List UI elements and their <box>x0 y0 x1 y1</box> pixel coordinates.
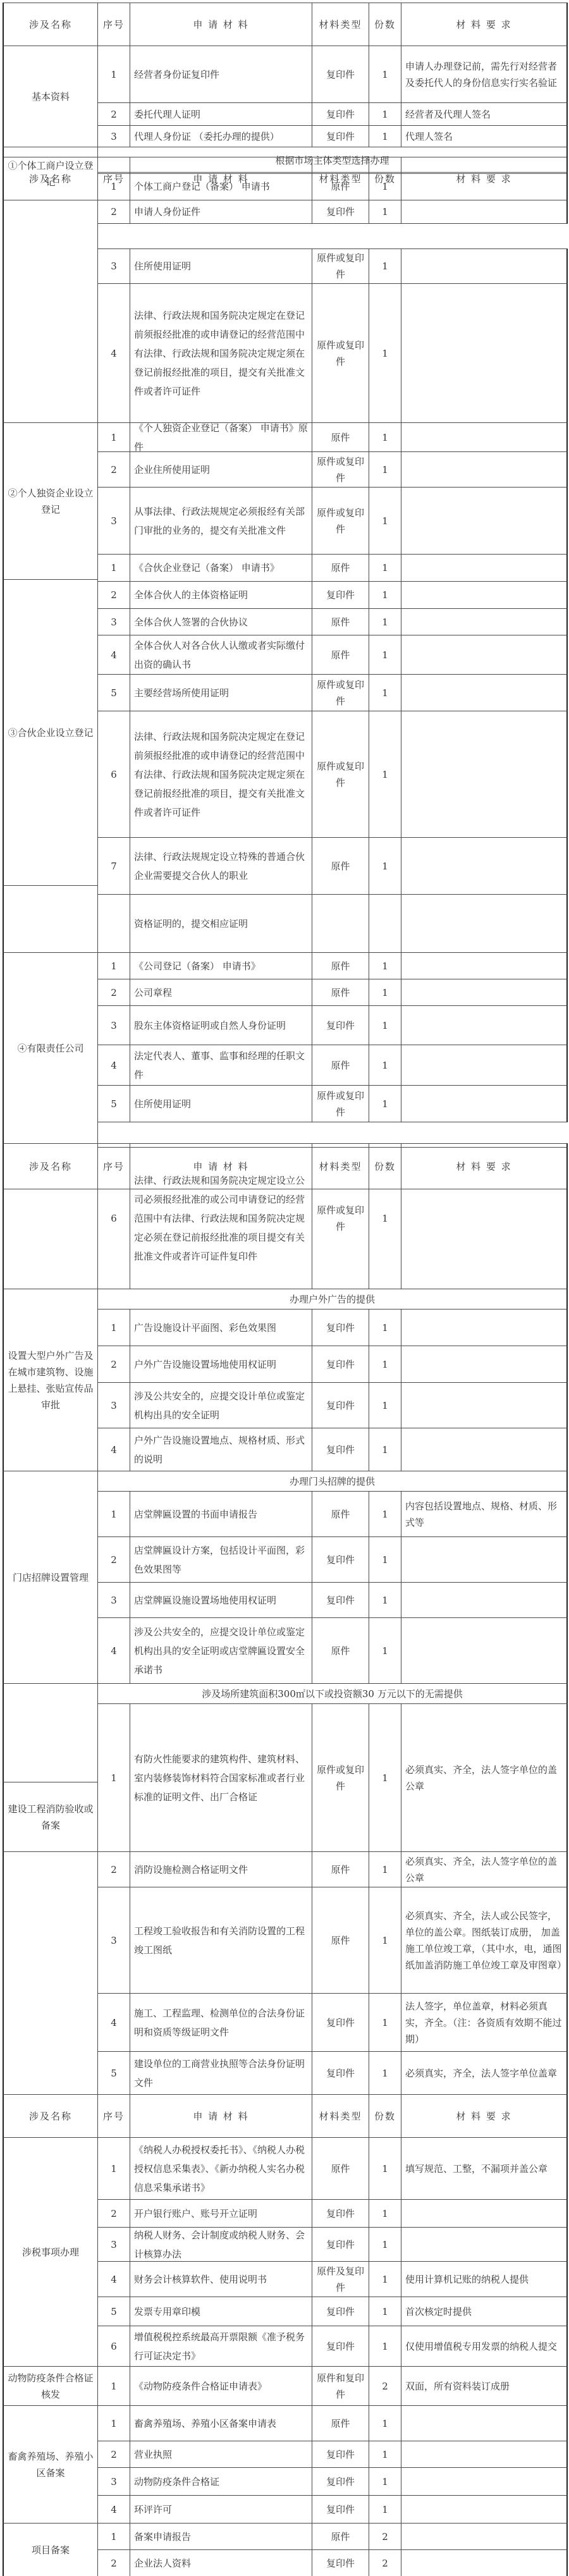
row-material-type-text: 原件 <box>316 2529 365 2545</box>
row-seq-text: 3 <box>102 614 126 630</box>
row-seq: 3 <box>97 2467 130 2496</box>
row-material-type: 原件和复印件 <box>312 2366 369 2406</box>
row-copies-text: 1 <box>373 1770 397 1786</box>
row-material: 资格证明的，提交相应证明 <box>130 894 312 953</box>
row-material: 开户银行账户、账号开立证明 <box>130 2199 312 2228</box>
row-material-type: 复印件 <box>312 2199 369 2228</box>
row-copies: 1 <box>369 2297 401 2326</box>
section-name-continued <box>3 1683 98 1782</box>
section-name: ③合伙企业设立登记 <box>3 579 98 886</box>
row-material-type: 原件 <box>312 837 369 895</box>
row-material-type-text: 原件 <box>316 858 365 874</box>
row-material: 店堂牌匾设施设置场地使用权证明 <box>130 1582 312 1618</box>
row-seq-text: 2 <box>102 587 126 603</box>
section-name: 建设工程消防验收或备案 <box>3 1782 98 1852</box>
column-header-seq: 序号 <box>97 3 130 46</box>
row-seq-text: 1 <box>102 2378 126 2395</box>
row-material-text: 店堂牌匾设计方案，包括设计平面图，彩色效果图等 <box>134 1541 308 1579</box>
row-material: 法律、行政法规和国务院决定规定在登记前须报经批准的或申请登记的经营范围中有法律、… <box>130 711 312 838</box>
row-copies: 1 <box>369 1045 401 1086</box>
row-requirement <box>401 1346 568 1383</box>
row-seq: 6 <box>97 711 130 838</box>
row-copies: 1 <box>369 487 401 555</box>
row-material-text: 法律、行政法规和国务院决定规定设立公司必须报经批准的或公司申请登记的经营范围中有… <box>134 1171 308 1266</box>
row-material-text: 建设单位的工商营业执照等合法身份证明文件 <box>134 2054 308 2092</box>
column-header-seq-text: 序号 <box>102 16 126 33</box>
row-requirement: 法人签字，单位盖章，材料必须真实，齐全。（注：各资质有效期不能过期） <box>401 1993 568 2052</box>
row-copies: 1 <box>369 1147 401 1289</box>
column-header-name-text: 涉及名称 <box>8 16 94 33</box>
row-requirement: 内容包括设置地点、规格、材质、形式等 <box>401 1491 568 1537</box>
row-material-type-text: 复印件 <box>316 2303 365 2320</box>
row-copies-text: 1 <box>373 2161 397 2177</box>
row-seq-text: 7 <box>102 858 126 874</box>
row-copies: 1 <box>369 635 401 675</box>
row-material-type: 复印件 <box>312 581 369 609</box>
row-seq-text: 4 <box>102 2015 126 2031</box>
column-header-material: 申 请 材 料 <box>130 3 312 46</box>
row-material: 代理人身份证 （委托办理的提供） <box>130 125 312 147</box>
row-seq: 1 <box>97 1309 130 1346</box>
column-header-type: 材料类型 <box>312 2094 369 2138</box>
row-requirement: 申请人办理登记前，需先行对经营者及委托代人的身份信息实行实名验证 <box>401 46 568 103</box>
column-header-name-text: 涉及名称 <box>8 1158 94 1175</box>
row-seq-text: 2 <box>102 2555 126 2572</box>
row-copies-text: 1 <box>373 2236 397 2253</box>
row-material-text: 企业住所使用证明 <box>134 460 308 479</box>
row-seq-text: 1 <box>102 66 126 83</box>
row-seq-text: 6 <box>102 766 126 783</box>
row-copies: 1 <box>369 46 401 103</box>
section-name: 动物防疫条件合格证核发 <box>3 2366 98 2406</box>
row-material-type: 复印件 <box>312 1582 369 1618</box>
row-material-type: 原件 <box>312 2405 369 2441</box>
row-material-text: 《公司登记（备案） 申请书》 <box>134 957 308 976</box>
section-name-text: 门店招牌设置管理 <box>8 1569 94 1586</box>
row-requirement: 必须真实、齐全，法人签字单位的盖公章 <box>401 1703 568 1852</box>
row-requirement <box>401 1582 568 1618</box>
row-material-type: 原件 <box>312 635 369 675</box>
row-material: 涉及公共安全的，应提交设计单位或鉴定机构出具的安全证明或店堂牌匾设置安全承诺书 <box>130 1617 312 1684</box>
row-requirement <box>401 554 568 582</box>
row-material-type-text: 原件及复印件 <box>316 2263 365 2296</box>
row-copies: 1 <box>369 608 401 635</box>
row-copies-text: 1 <box>373 1506 397 1523</box>
row-material-text: 主要经营场所使用证明 <box>134 684 308 702</box>
row-material-type: 原件或复印件 <box>312 1703 369 1852</box>
column-header-copies: 份数 <box>369 3 401 46</box>
row-copies-text: 1 <box>373 1552 397 1568</box>
row-material-type: 复印件 <box>312 2441 369 2468</box>
row-material-type-text: 原件 <box>316 958 365 974</box>
row-material-type: 原件 <box>312 952 369 979</box>
row-material-type: 复印件 <box>312 1382 369 1428</box>
row-requirement <box>401 1045 568 1086</box>
row-seq-text: 4 <box>102 1442 126 1458</box>
row-copies: 1 <box>369 1703 401 1852</box>
row-seq-text: 2 <box>102 106 126 123</box>
section-name: 畜禽养殖场、养殖小区备案 <box>3 2405 98 2524</box>
row-material-type-text: 复印件 <box>316 128 365 145</box>
row-material: 涉及公共安全的，应提交设计单位或鉴定机构出具的安全证明 <box>130 1382 312 1428</box>
row-requirement <box>401 1085 568 1122</box>
row-requirement-text: 仅使用增值税专用发票的纳税人提交 <box>405 2338 563 2355</box>
row-copies: 1 <box>369 125 401 147</box>
row-seq: 2 <box>97 1851 130 1887</box>
row-material-text: 增值税税控系统最高开票限额《准予税务行可证决定书》 <box>134 2328 308 2365</box>
row-copies: 1 <box>369 581 401 609</box>
row-seq: 2 <box>97 200 130 224</box>
column-header-name: 涉及名称 <box>3 1143 98 1189</box>
row-copies: 1 <box>369 200 401 224</box>
row-copies-text: 1 <box>373 1210 397 1227</box>
row-material: 法律、行政法规和国务院决定规定设立公司必须报经批准的或公司申请登记的经营范围中有… <box>130 1147 312 1289</box>
row-seq: 3 <box>97 1582 130 1618</box>
row-seq: 1 <box>97 46 130 103</box>
row-requirement <box>401 2549 568 2576</box>
row-material-text: 法律、行政法规和国务院决定规定在登记前须报经批准的或申请登记的经营范围中有法律、… <box>134 727 308 822</box>
row-copies: 1 <box>369 1993 401 2052</box>
row-seq-text: 5 <box>102 2065 126 2082</box>
section-note: 根据市场主体类型选择办理 <box>97 147 568 174</box>
row-material-type: 原件或复印件 <box>312 487 369 555</box>
row-copies: 1 <box>369 2227 401 2262</box>
row-copies: 1 <box>369 837 401 895</box>
row-seq: 1 <box>97 2137 130 2200</box>
row-copies: 1 <box>369 1428 401 1471</box>
row-seq: 2 <box>97 2441 130 2468</box>
row-material-type <box>312 894 369 953</box>
row-material-text: 户外广告设施设置地点、规格材质、形式的说明 <box>134 1431 308 1469</box>
row-requirement <box>401 1309 568 1346</box>
row-material-text: 《动物防疫条件合格证申请表》 <box>134 2377 308 2396</box>
row-material-type-text: 原件和复印件 <box>316 2370 365 2403</box>
row-copies: 1 <box>369 2405 401 2441</box>
row-seq-text: 4 <box>102 1643 126 1659</box>
row-material: 《合伙企业登记（备案） 申请书》 <box>130 554 312 582</box>
section-note-text: 根据市场主体类型选择办理 <box>102 152 563 169</box>
row-material-text: 公司章程 <box>134 983 308 1002</box>
row-requirement <box>401 248 568 284</box>
row-material: 《纳税人办税授权委托书》、《纳税人办税授权信息采集表》、《新办纳税人实名办税信息… <box>130 2137 312 2200</box>
row-material: 企业住所使用证明 <box>130 451 312 488</box>
row-copies-text: 1 <box>373 1932 397 1949</box>
row-copies <box>369 894 401 953</box>
row-seq: 1 <box>97 2366 130 2406</box>
row-material-text: 畜禽养殖场、养殖小区备案申请表 <box>134 2414 308 2433</box>
row-material-type-text: 复印件 <box>316 1592 365 1609</box>
row-material-text: 经营者身份证复印件 <box>134 65 308 84</box>
row-copies-text: 1 <box>373 2303 397 2320</box>
row-material-type-text: 复印件 <box>316 2446 365 2463</box>
row-copies-text: 1 <box>373 958 397 974</box>
row-seq-text: 3 <box>102 128 126 145</box>
row-material: 环评许可 <box>130 2495 312 2524</box>
row-requirement <box>401 1428 568 1471</box>
row-material-type-text: 原件 <box>316 1057 365 1074</box>
row-requirement <box>401 1005 568 1045</box>
row-seq: 3 <box>97 248 130 284</box>
row-seq-text: 3 <box>102 258 126 274</box>
row-requirement <box>401 952 568 979</box>
row-seq: 2 <box>97 2199 130 2228</box>
row-seq-text: 3 <box>102 1592 126 1609</box>
row-seq: 4 <box>97 2495 130 2524</box>
row-material-text: 涉及公共安全的，应提交设计单位或鉴定机构出具的安全证明 <box>134 1387 308 1425</box>
section-name: ④有限责任公司 <box>3 952 98 1144</box>
row-copies-text: 1 <box>373 178 397 195</box>
row-material-type: 原件或复印件 <box>312 283 369 423</box>
row-copies: 1 <box>369 1536 401 1583</box>
row-requirement <box>401 2495 568 2524</box>
section-name: ①个体工商户设立登记 <box>3 147 98 200</box>
row-seq-text: 4 <box>102 2501 126 2518</box>
row-requirement <box>401 1536 568 1583</box>
row-material: 从事法律、行政法规规定必须报经有关部门审批的业务的，提交有关批准文件 <box>130 487 312 555</box>
row-material-text: 代理人身份证 （委托办理的提供） <box>134 127 308 146</box>
row-seq: 4 <box>97 1617 130 1684</box>
row-material: 经营者身份证复印件 <box>130 46 312 103</box>
section-name-text: 项目备案 <box>8 2542 94 2558</box>
row-copies-text: 1 <box>373 766 397 783</box>
row-material: 户外广告设施设置地点、规格材质、形式的说明 <box>130 1428 312 1471</box>
row-material-type: 原件或复印件 <box>312 451 369 488</box>
row-seq: 5 <box>97 1085 130 1122</box>
row-material-type: 复印件 <box>312 2467 369 2496</box>
row-requirement <box>401 2467 568 2496</box>
row-copies-text: 1 <box>373 1861 397 1878</box>
row-copies-text: 1 <box>373 984 397 1001</box>
row-material: 备案申请报告 <box>130 2523 312 2550</box>
column-header-material-text: 申 请 材 料 <box>134 16 308 33</box>
row-seq-text: 4 <box>102 1057 126 1074</box>
row-material-type: 复印件 <box>312 2549 369 2576</box>
section-name-text: ①个体工商户设立登记 <box>8 157 94 190</box>
row-requirement-text: 内容包括设置地点、规格、材质、形式等 <box>405 1498 563 1531</box>
row-material-type-text: 复印件 <box>316 1320 365 1336</box>
row-seq-text: 1 <box>102 958 126 974</box>
row-material-type-text: 复印件 <box>316 2205 365 2222</box>
row-material: 全体合伙人对各合伙人认缴或者实际缴付出资的确认书 <box>130 635 312 675</box>
row-material-text: 住所使用证明 <box>134 1095 308 1113</box>
row-copies: 1 <box>369 1617 401 1684</box>
row-material-text: 广告设施设计平面图、彩色效果图 <box>134 1318 308 1337</box>
row-copies-text: 1 <box>373 429 397 446</box>
row-seq-text: 3 <box>102 1397 126 1414</box>
row-requirement-text: 必须真实、齐全，法人签字单位的盖公章 <box>405 1762 563 1794</box>
row-material-type-text: 原件或复印件 <box>316 453 365 486</box>
row-requirement <box>401 1147 568 1289</box>
row-material-text: 户外广告设施设置场地使用权证明 <box>134 1355 308 1374</box>
row-material-type-text: 原件 <box>316 984 365 1001</box>
row-material-type-text: 复印件 <box>316 1552 365 1568</box>
section-name-text: 涉税事项办理 <box>8 2244 94 2260</box>
row-material-type-text: 复印件 <box>316 2065 365 2082</box>
row-requirement: 仅使用增值税专用发票的纳税人提交 <box>401 2326 568 2367</box>
row-copies: 1 <box>369 1382 401 1428</box>
row-material-text: 《个人独资企业登记（备案） 申请书》原件 <box>134 422 308 452</box>
column-header-type-text: 材料类型 <box>316 16 365 33</box>
row-copies: 1 <box>369 2441 401 2468</box>
section-note: 办理户外广告的提供 <box>97 1289 568 1309</box>
row-requirement-text: 填写规范、工整，不漏项并盖公章 <box>405 2161 563 2177</box>
row-material-type: 复印件 <box>312 2227 369 2262</box>
row-material: 《公司登记（备案） 申请书》 <box>130 952 312 979</box>
row-requirement <box>401 635 568 675</box>
row-seq <box>97 894 130 953</box>
column-header-seq-text: 序号 <box>102 2108 126 2125</box>
row-material-type-text: 原件或复印件 <box>316 1762 365 1794</box>
row-copies: 1 <box>369 1491 401 1537</box>
row-seq-text: 3 <box>102 513 126 529</box>
row-copies: 1 <box>369 1309 401 1346</box>
row-material-text: 企业法人资料 <box>134 2554 308 2573</box>
row-copies-text: 2 <box>373 2529 397 2545</box>
row-copies: 2 <box>369 2523 401 2550</box>
row-seq: 2 <box>97 1536 130 1583</box>
row-copies-text: 1 <box>373 258 397 274</box>
row-material-type: 复印件 <box>312 125 369 147</box>
row-material-type-text: 复印件 <box>316 2236 365 2253</box>
row-material-type-text: 原件 <box>316 647 365 663</box>
row-seq-text: 1 <box>102 2415 126 2432</box>
row-material-text: 股东主体资格证明或自然人身份证明 <box>134 1016 308 1035</box>
row-seq-text: 6 <box>102 1210 126 1227</box>
row-material-type: 原件或复印件 <box>312 1085 369 1122</box>
row-material: 有防火性能要求的建筑构件、建筑材料、室内装修装饰材料符合国家标准或者行业标准的证… <box>130 1703 312 1852</box>
row-copies: 1 <box>369 979 401 1006</box>
row-requirement: 必须真实，齐全，法人签字单位盖章 <box>401 2051 568 2095</box>
row-requirement-text: 必须真实、齐全，法人签字单位的盖公章 <box>405 1853 563 1886</box>
row-material-text: 消防设施检测合格证明文件 <box>134 1860 308 1879</box>
row-seq-text: 5 <box>102 1096 126 1112</box>
row-seq-text: 1 <box>102 429 126 446</box>
row-copies: 1 <box>369 2199 401 2228</box>
row-material: 工程竣工验收报告和有关消防设置的工程竣工图纸 <box>130 1887 312 1994</box>
column-header-name: 涉及名称 <box>3 2094 98 2138</box>
row-material: 消防设施检测合格证明文件 <box>130 1851 312 1887</box>
row-seq: 3 <box>97 1005 130 1045</box>
row-seq: 4 <box>97 635 130 675</box>
section-name-continued <box>3 1189 98 1289</box>
row-requirement <box>401 979 568 1006</box>
row-material-type: 原件及复印件 <box>312 2261 369 2297</box>
row-material-text: 纳税人财务、会计制度或纳税人财务、会计核算办法 <box>134 2227 308 2262</box>
row-material-type-text: 复印件 <box>316 587 365 603</box>
row-requirement-text: 必须真实，齐全，法人签字单位盖章 <box>405 2065 563 2082</box>
row-copies-text: 1 <box>373 1017 397 1034</box>
row-copies: 1 <box>369 2495 401 2524</box>
row-requirement-text: 双面，所有资料装订成册 <box>405 2378 563 2395</box>
row-seq-text: 4 <box>102 647 126 663</box>
row-seq: 1 <box>97 422 130 452</box>
row-material-type: 原件 <box>312 1045 369 1086</box>
row-requirement <box>401 283 568 423</box>
row-copies-text: 1 <box>373 345 397 362</box>
row-copies: 1 <box>369 1887 401 1994</box>
row-material: 股东主体资格证明或自然人身份证明 <box>130 1005 312 1045</box>
column-header-copies-text: 份数 <box>373 2108 397 2125</box>
row-material-text: 环评许可 <box>134 2500 308 2519</box>
column-header-material: 申 请 材 料 <box>130 2094 312 2138</box>
row-material-text: 备案申请报告 <box>134 2527 308 2546</box>
row-material-type-text: 原件或复印件 <box>316 758 365 791</box>
row-requirement <box>401 581 568 609</box>
row-requirement <box>401 894 568 953</box>
row-seq: 1 <box>97 2523 130 2550</box>
section-name: ②个人独资企业设立登记 <box>3 422 98 580</box>
row-requirement <box>401 422 568 452</box>
row-copies-text: 1 <box>373 106 397 123</box>
row-requirement <box>401 608 568 635</box>
row-seq-text: 6 <box>102 2338 126 2355</box>
row-material: 畜禽养殖场、养殖小区备案申请表 <box>130 2405 312 2441</box>
row-material-type: 复印件 <box>312 1428 369 1471</box>
row-seq: 3 <box>97 2227 130 2262</box>
row-copies: 1 <box>369 451 401 488</box>
row-material-type-text: 复印件 <box>316 1397 365 1414</box>
row-material-text: 《合伙企业登记（备案） 申请书》 <box>134 558 308 577</box>
row-copies-text: 1 <box>373 1442 397 1458</box>
row-material-text: 营业执照 <box>134 2445 308 2464</box>
row-seq: 4 <box>97 1045 130 1086</box>
row-copies-text: 1 <box>373 66 397 83</box>
row-seq: 3 <box>97 1382 130 1428</box>
row-material: 建设单位的工商营业执照等合法身份证明文件 <box>130 2051 312 2095</box>
column-header-requirement-text: 材 料 要 求 <box>405 16 563 33</box>
document-table: 涉及名称序号申 请 材 料材料类型份数材 料 要 求涉及名称序号申 请 材 料材… <box>0 0 569 2576</box>
row-copies: 1 <box>369 172 401 200</box>
row-material-type: 复印件 <box>312 1536 369 1583</box>
row-seq-text: 3 <box>102 1017 126 1034</box>
row-copies: 1 <box>369 1085 401 1122</box>
row-material-type: 原件 <box>312 554 369 582</box>
row-copies-text: 1 <box>373 614 397 630</box>
row-copies: 2 <box>369 2366 401 2406</box>
row-material-text: 全体合伙人的主体资格证明 <box>134 586 308 604</box>
row-seq: 6 <box>97 2326 130 2367</box>
row-requirement-text: 经营者及代理人签名 <box>405 106 563 123</box>
row-copies: 1 <box>369 1005 401 1045</box>
row-material-type: 复印件 <box>312 1309 369 1346</box>
row-material-type-text: 原件 <box>316 560 365 576</box>
row-copies: 1 <box>369 1582 401 1618</box>
row-requirement-text: 使用计算机记账的纳税人提供 <box>405 2271 563 2288</box>
column-header-seq: 序号 <box>97 2094 130 2138</box>
row-material-type-text: 复印件 <box>316 66 365 83</box>
row-requirement: 必须真实、齐全，法人签字单位的盖公章 <box>401 1851 568 1887</box>
row-copies: 1 <box>369 674 401 711</box>
row-material-type-text: 复印件 <box>316 1017 365 1034</box>
row-copies-text: 1 <box>373 858 397 874</box>
row-material: 公司章程 <box>130 979 312 1006</box>
row-requirement <box>401 2227 568 2262</box>
row-material-type-text: 原件或复印件 <box>316 1088 365 1120</box>
row-seq: 4 <box>97 1428 130 1471</box>
row-material-type: 原件或复印件 <box>312 674 369 711</box>
row-material-type-text: 复印件 <box>316 106 365 123</box>
row-seq: 1 <box>97 1703 130 1852</box>
row-seq: 3 <box>97 125 130 147</box>
row-copies-text: 1 <box>373 1096 397 1112</box>
row-requirement: 首次核定时提供 <box>401 2297 568 2326</box>
row-copies-text: 1 <box>373 1643 397 1659</box>
row-material-type: 复印件 <box>312 2495 369 2524</box>
row-material-type-text: 原件或复印件 <box>316 1202 365 1235</box>
row-material-type: 复印件 <box>312 200 369 224</box>
row-seq: 5 <box>97 674 130 711</box>
row-material: 委托代理人证明 <box>130 102 312 126</box>
